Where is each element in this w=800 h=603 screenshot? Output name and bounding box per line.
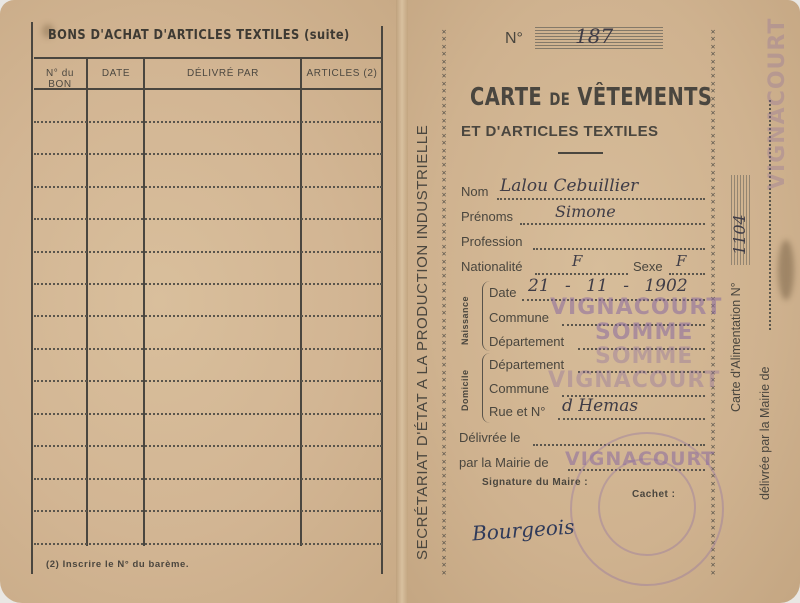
domicile-group-label: Domicile bbox=[460, 369, 470, 411]
table-row bbox=[34, 315, 382, 317]
ministry-label: SECRÉTARIAT D'ÉTAT A LA PRODUCTION INDUS… bbox=[414, 125, 431, 560]
table-row bbox=[34, 153, 382, 155]
delivree-le-label: Délivrée le bbox=[459, 430, 520, 445]
left-page-heading: BONS D'ACHAT D'ARTICLES TEXTILES (suite) bbox=[48, 28, 350, 43]
column-divider bbox=[300, 58, 302, 546]
table-row bbox=[34, 478, 382, 480]
prenoms-value: Simone bbox=[555, 202, 616, 221]
card-number-value: 187 bbox=[575, 24, 613, 48]
card-title: CARTE DE VÊTEMENTS bbox=[470, 82, 712, 111]
table-row bbox=[34, 413, 382, 415]
table-row bbox=[34, 283, 382, 285]
domicile-departement-stamp: SOMME bbox=[595, 344, 693, 369]
table-row bbox=[34, 348, 382, 350]
birth-date-value: 21 - 11 - 1902 bbox=[528, 276, 688, 296]
footnote: (2) Inscrire le N° du barème. bbox=[46, 559, 189, 570]
side-stamp: VIGNACOURT bbox=[765, 18, 790, 190]
left-page: BONS D'ACHAT D'ARTICLES TEXTILES (suite)… bbox=[0, 0, 400, 603]
rue-dotted-line bbox=[558, 418, 705, 420]
card-number-label: N° bbox=[505, 30, 523, 48]
rue-value: d Hemas bbox=[562, 396, 638, 416]
table-row bbox=[34, 380, 382, 382]
cachet-label: Cachet : bbox=[632, 489, 675, 500]
column-divider bbox=[143, 58, 145, 546]
title-word-carte: CARTE bbox=[470, 82, 542, 111]
sexe-label: Sexe bbox=[633, 259, 663, 274]
birth-departement-label: Département bbox=[489, 334, 564, 349]
official-seal-inner bbox=[598, 458, 696, 556]
title-word-vetements: VÊTEMENTS bbox=[577, 82, 712, 111]
carte-alimentation-label: Carte d'Alimentation N° bbox=[729, 282, 743, 412]
profession-label: Profession bbox=[461, 234, 522, 249]
birth-commune-stamp: VIGNACOURT bbox=[550, 295, 722, 320]
column-header-bon: N° du BON bbox=[33, 68, 87, 90]
prenoms-label: Prénoms bbox=[461, 209, 513, 224]
sexe-value: F bbox=[676, 252, 686, 270]
nom-value: Lalou Cebuillier bbox=[500, 176, 638, 196]
page-fold bbox=[396, 0, 408, 603]
decorative-border-left: ✕✕✕✕✕✕✕✕✕✕✕✕✕✕✕✕✕✕✕✕✕✕✕✕✕✕✕✕✕✕✕✕✕✕✕✕✕✕✕✕… bbox=[440, 28, 448, 576]
table-row bbox=[34, 218, 382, 220]
nom-dotted-line bbox=[497, 198, 705, 200]
birth-commune-label: Commune bbox=[489, 310, 549, 325]
paper-stain bbox=[778, 240, 794, 300]
table-row bbox=[34, 543, 382, 545]
table-border-right bbox=[381, 26, 383, 574]
table-row bbox=[34, 186, 382, 188]
nationalite-label: Nationalité bbox=[461, 259, 522, 274]
card-subtitle: ET D'ARTICLES TEXTILES bbox=[461, 123, 658, 140]
profession-dotted-line bbox=[533, 248, 705, 250]
table-row bbox=[34, 251, 382, 253]
table-border-left bbox=[31, 22, 33, 574]
column-divider bbox=[86, 58, 88, 546]
prenoms-dotted-line bbox=[520, 223, 705, 225]
domicile-commune-label: Commune bbox=[489, 381, 549, 396]
signature-label: Signature du Maire : bbox=[482, 477, 588, 488]
title-underline bbox=[558, 152, 603, 154]
rue-label: Rue et N° bbox=[489, 404, 546, 419]
carte-alimentation-number: 1104 bbox=[730, 214, 749, 255]
mairie-label: par la Mairie de bbox=[459, 455, 549, 470]
nom-label: Nom bbox=[461, 184, 488, 199]
header-top-line bbox=[34, 57, 382, 59]
sexe-dotted-line bbox=[669, 273, 705, 275]
birth-departement-stamp: SOMME bbox=[595, 320, 693, 345]
table-row bbox=[34, 445, 382, 447]
column-header-articles: ARTICLES (2) bbox=[302, 68, 382, 79]
nationalite-value: F bbox=[572, 252, 582, 270]
column-header-date: DATE bbox=[88, 68, 144, 79]
table-row bbox=[34, 121, 382, 123]
title-word-de: DE bbox=[549, 90, 570, 110]
nationalite-dotted-line bbox=[535, 273, 628, 275]
naissance-group-label: Naissance bbox=[460, 296, 470, 345]
table-row bbox=[34, 510, 382, 512]
domicile-commune-stamp: VIGNACOURT bbox=[548, 368, 720, 393]
birth-date-label: Date bbox=[489, 285, 516, 300]
delivree-par-mairie-label: délivrée par la Mairie de bbox=[758, 367, 772, 500]
column-header-delivre-par: DÉLIVRÉ PAR bbox=[145, 68, 301, 79]
